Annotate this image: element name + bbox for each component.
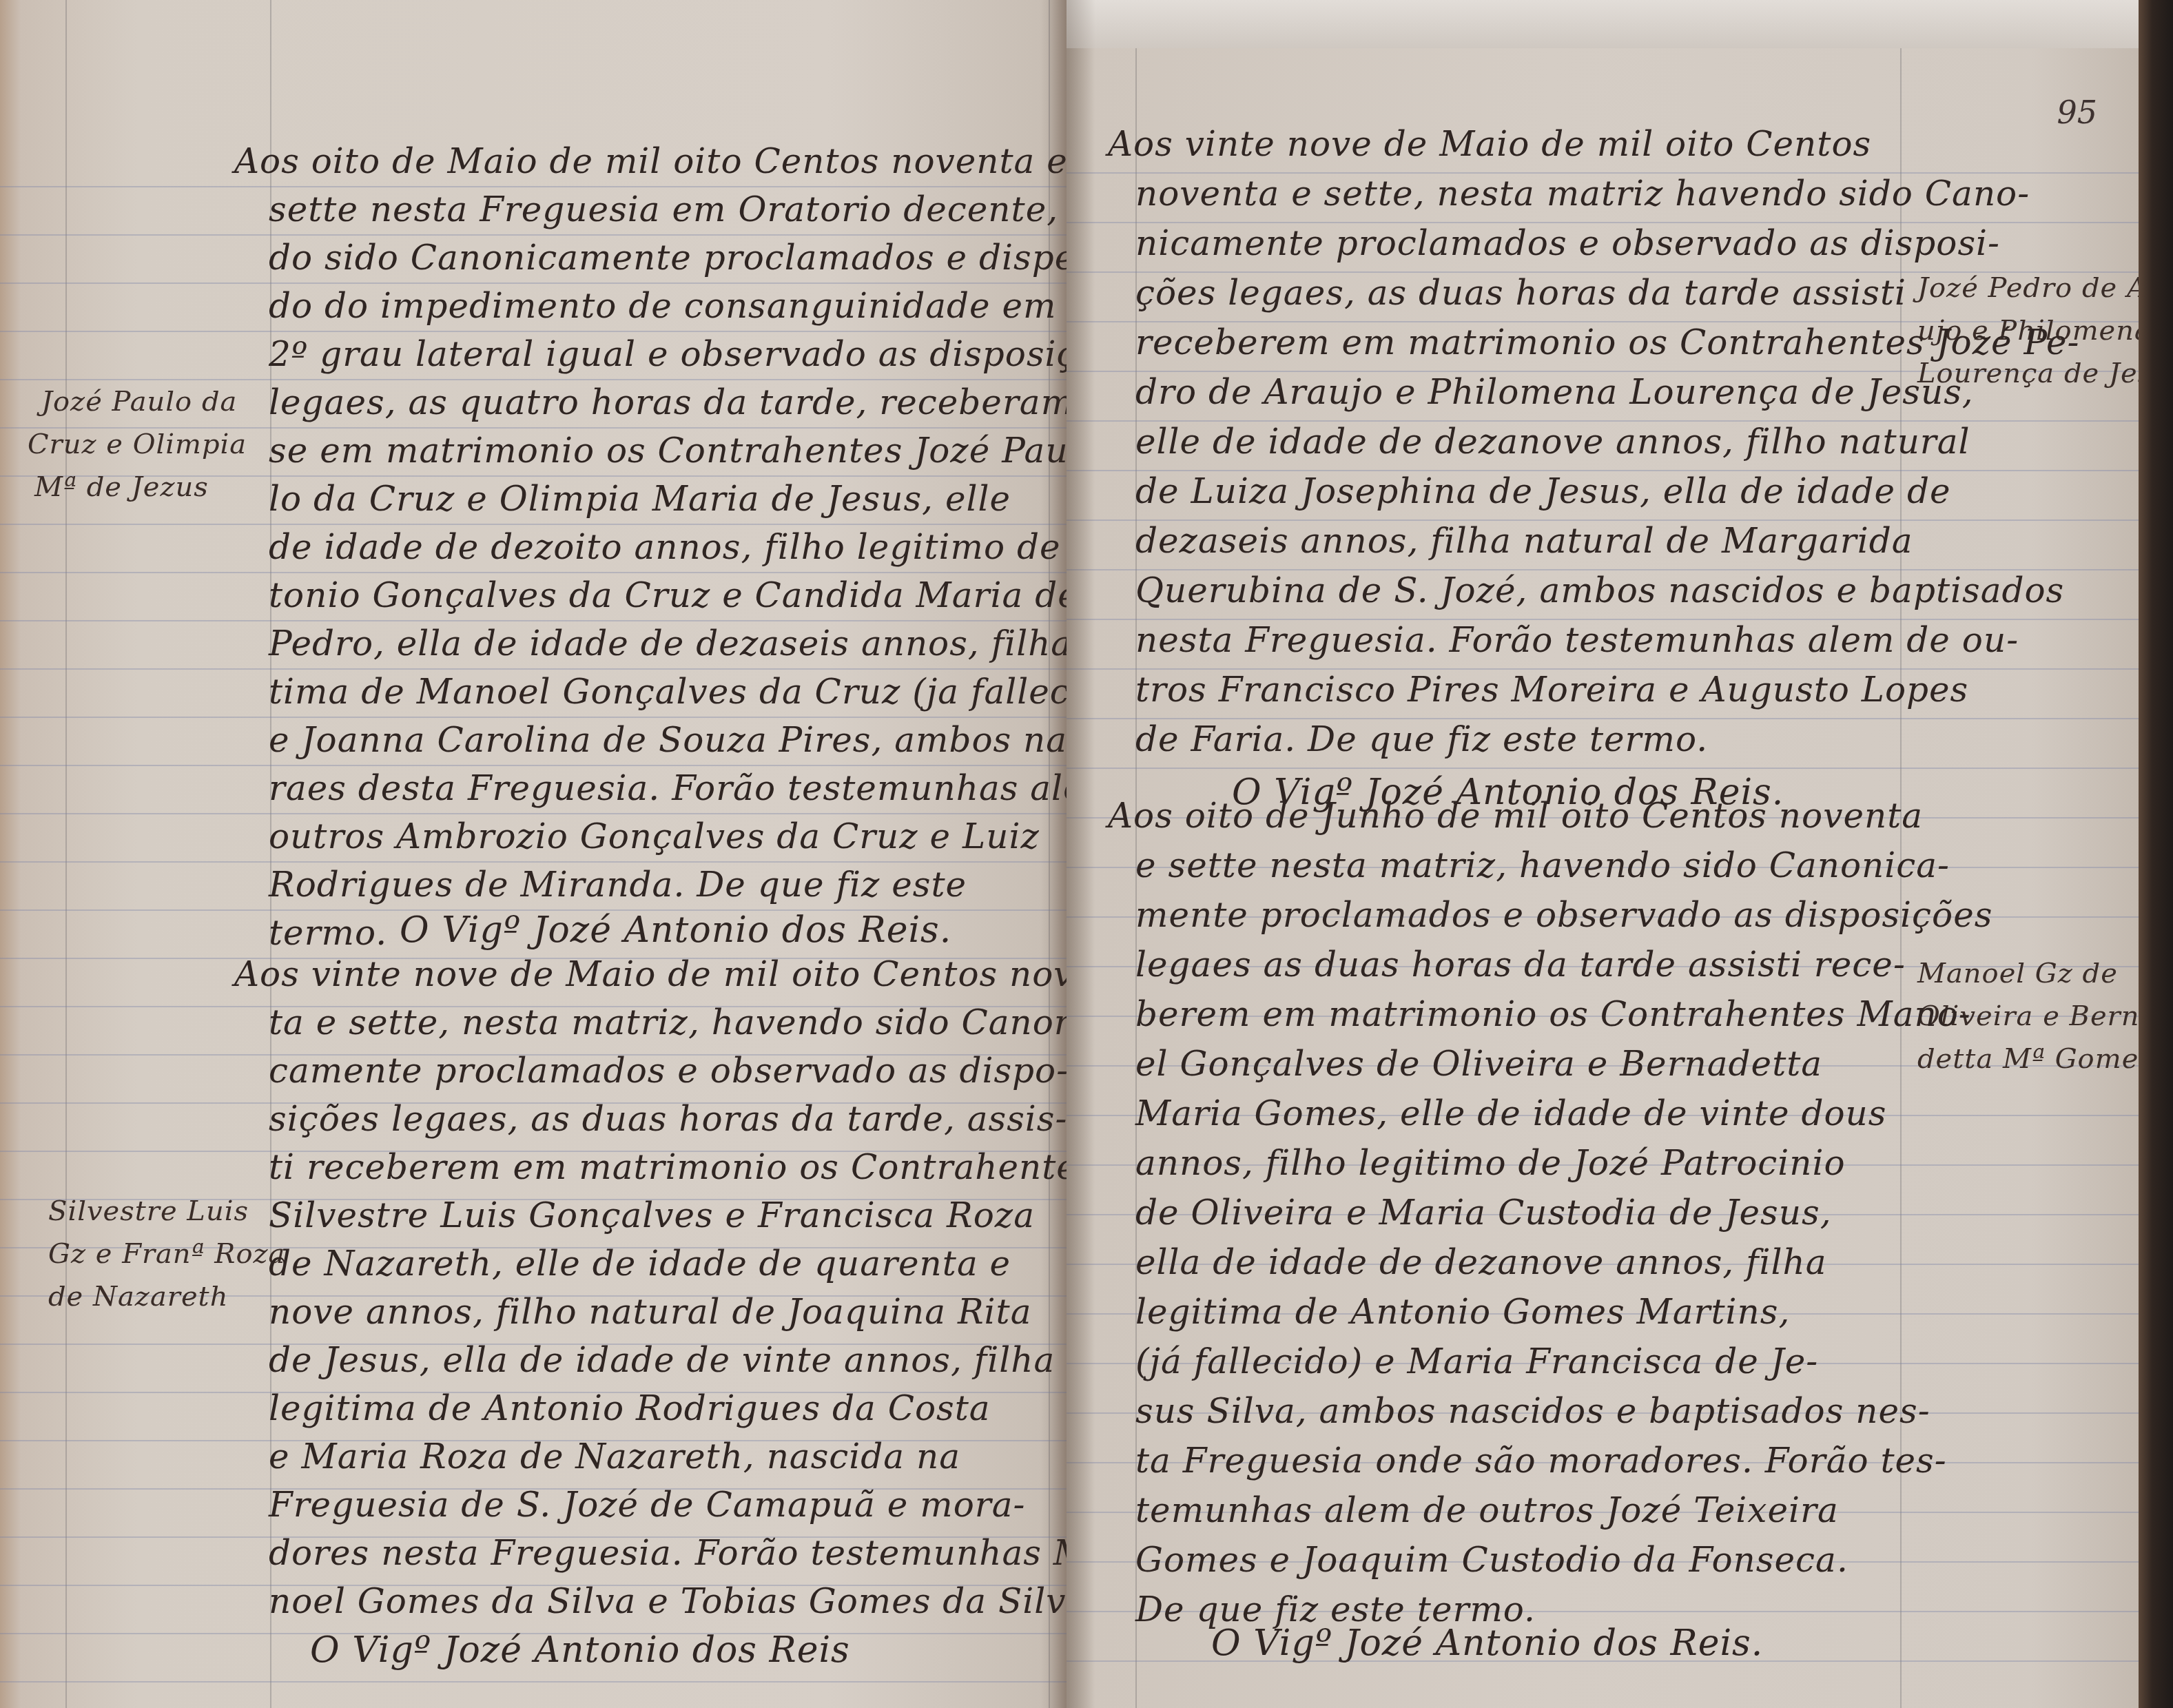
ruled-line: [0, 282, 1067, 284]
entry-line: e Joanna Carolina de Souza Pires, ambos …: [269, 720, 1067, 760]
entry-line: e Maria Roza de Nazareth, nascida na: [269, 1437, 960, 1477]
book-cover-edge: [2139, 0, 2173, 1708]
margin-note-line: de Nazareth: [48, 1281, 228, 1313]
vicar-signature: O Vigº Jozé Antonio dos Reis.: [1211, 1623, 1763, 1664]
entry-line: annos, filho legitimo de Jozé Patrocinio: [1135, 1143, 1846, 1183]
entry-line: tros Francisco Pires Moreira e Augusto L…: [1135, 670, 1968, 710]
entry-line: noventa e sette, nesta matriz havendo si…: [1135, 174, 2030, 214]
right-page: 95 Jozé Pedro de Ara- ujo e Philomena Lo…: [1067, 48, 2141, 1708]
entry-line: e sette nesta matriz, havendo sido Canon…: [1135, 845, 1950, 885]
ruled-line: [0, 234, 1067, 236]
entry-line: legaes, as quatro horas da tarde, recebe…: [269, 382, 1067, 422]
ruled-line: [0, 524, 1067, 525]
entry-line: lo da Cruz e Olimpia Maria de Jesus, ell…: [269, 479, 1011, 519]
entry-line: dro de Araujo e Philomena Lourença de Je…: [1135, 372, 1974, 412]
entry-line: Rodrigues de Miranda. De que fiz este: [269, 865, 967, 905]
entry-line: nesta Freguesia. Forão testemunhas alem …: [1135, 620, 2019, 660]
entry-line: termo.: [269, 913, 387, 953]
page-top-edge: [1067, 0, 2139, 48]
ruled-line: [0, 765, 1067, 766]
entry-line: de Faria. De que fiz este termo.: [1135, 719, 1708, 759]
entry-line: mente proclamados e observado as disposi…: [1135, 895, 1992, 935]
ruled-line: [0, 620, 1067, 621]
margin-note-line: detta Mª Gomes: [1917, 1043, 2141, 1075]
margin-note-line: Jozé Paulo da: [41, 386, 237, 418]
entry-line: ella de idade de dezanove annos, filha: [1135, 1242, 1827, 1282]
entry-line: Silvestre Luis Gonçalves e Francisca Roz…: [269, 1195, 1035, 1235]
entry-line: tonio Gonçalves da Cruz e Candida Maria …: [269, 575, 1067, 615]
ruled-line: [0, 186, 1067, 187]
entry-line: Maria Gomes, elle de idade de vinte dous: [1135, 1093, 1886, 1133]
entry-line: do sido Canonicamente proclamados e disp…: [269, 238, 1067, 278]
entry-line: de Jesus, ella de idade de vinte annos, …: [269, 1340, 1055, 1380]
entry-line: dezaseis annos, filha natural de Margari…: [1135, 521, 1913, 561]
entry-line: ções legaes, as duas horas da tarde assi…: [1135, 273, 1906, 313]
margin-note-line: Silvestre Luis: [48, 1195, 249, 1227]
entry-line: nove annos, filho natural de Joaquina Ri…: [269, 1292, 1031, 1332]
ruled-line: [0, 1681, 1067, 1683]
entry-line: receberem em matrimonio os Contrahentes …: [1135, 322, 2079, 362]
margin-note-line: Cruz e Olimpia: [28, 429, 247, 460]
margin-note-line: Mª de Jezus: [34, 471, 209, 503]
entry-line: sus Silva, ambos nascidos e baptisados n…: [1135, 1391, 1930, 1431]
ruled-line: [0, 813, 1067, 814]
ruled-line: [0, 331, 1067, 332]
entry-line: (já fallecido) e Maria Francisca de Je-: [1135, 1341, 1818, 1381]
entry-line: berem em matrimonio os Contrahentes Mano…: [1135, 994, 1971, 1034]
entry-line: Aos oito de Maio de mil oito Centos nove…: [234, 141, 1067, 181]
entry-line: legitima de Antonio Gomes Martins,: [1135, 1292, 1790, 1332]
entry-line: tima de Manoel Gonçalves da Cruz (ja fal…: [269, 672, 1067, 712]
entry-line: sições legaes, as duas horas da tarde, a…: [269, 1099, 1067, 1139]
ruled-line: [0, 717, 1067, 718]
entry-line: do do impedimento de consanguinidade em: [269, 286, 1056, 326]
entry-line: ta Freguesia onde são moradores. Forão t…: [1135, 1441, 1947, 1481]
entry-line: camente proclamados e observado as dispo…: [269, 1051, 1067, 1091]
entry-line: ta e sette, nesta matriz, havendo sido C…: [269, 1002, 1067, 1042]
entry-line: temunhas alem de outros Jozé Teixeira: [1135, 1490, 1839, 1530]
margin-note-line: Jozé Pedro de Ara-: [1917, 272, 2141, 304]
ruled-line: [1067, 768, 2141, 769]
ruled-line: [0, 668, 1067, 670]
margin-note-line: Gz e Franª Roza: [48, 1238, 285, 1270]
entry-line: el Gonçalves de Oliveira e Bernadetta: [1135, 1044, 1822, 1084]
entry-line: Aos vinte nove de Maio de mil oito Cento…: [234, 954, 1067, 994]
ruled-line: [0, 861, 1067, 863]
entry-line: elle de idade de dezanove annos, filho n…: [1135, 422, 1970, 462]
entry-line: Aos oito de Junho de mil oito Centos nov…: [1108, 796, 1923, 836]
open-ledger: Jozé Paulo da Cruz e Olimpia Mª de Jezus…: [0, 0, 2173, 1708]
entry-line: Gomes e Joaquim Custodio da Fonseca.: [1135, 1540, 1848, 1580]
entry-line: se em matrimonio os Contrahentes Jozé Pa…: [269, 431, 1067, 471]
entry-line: de Oliveira e Maria Custodia de Jesus,: [1135, 1193, 1832, 1233]
entry-line: Querubina de S. Jozé, ambos nascidos e b…: [1135, 570, 2064, 610]
vicar-signature: O Vigº Jozé Antonio dos Reis.: [400, 909, 951, 951]
ruled-line: [0, 572, 1067, 573]
entry-line: noel Gomes da Silva e Tobias Gomes da Si…: [269, 1581, 1067, 1621]
entry-line: outros Ambrozio Gonçalves da Cruz e Luiz: [269, 816, 1040, 856]
entry-line: sette nesta Freguesia em Oratorio decent…: [269, 189, 1067, 229]
left-page: Jozé Paulo da Cruz e Olimpia Mª de Jezus…: [0, 0, 1067, 1708]
entry-line: ti receberem em matrimonio os Contrahent…: [269, 1147, 1067, 1187]
entry-line: Aos vinte nove de Maio de mil oito Cento…: [1108, 124, 1871, 164]
entry-line: Pedro, ella de idade de dezaseis annos, …: [269, 624, 1067, 663]
ruled-line: [0, 379, 1067, 380]
page-number: 95: [2057, 94, 2097, 131]
entry-line: dores nesta Freguesia. Forão testemunhas…: [269, 1533, 1067, 1573]
margin-note-line: Manoel Gz de: [1917, 958, 2118, 989]
entry-line: 2º grau lateral igual e observado as dis…: [269, 334, 1067, 374]
vicar-signature: O Vigº Jozé Antonio dos Reis: [310, 1629, 850, 1671]
entry-line: legaes as duas horas da tarde assisti re…: [1135, 945, 1906, 985]
entry-line: de Nazareth, elle de idade de quarenta e: [269, 1244, 1011, 1284]
entry-line: de Luiza Josephina de Jesus, ella de ida…: [1135, 471, 1951, 511]
margin-rule: [65, 0, 67, 1708]
entry-line: raes desta Freguesia. Forão testemunhas …: [269, 768, 1067, 808]
entry-line: legitima de Antonio Rodrigues da Costa: [269, 1388, 991, 1428]
entry-line: de idade de dezoito annos, filho legitim…: [269, 527, 1067, 567]
entry-line: Freguesia de S. Jozé de Camapuã e mora-: [269, 1485, 1025, 1525]
entry-line: nicamente proclamados e observado as dis…: [1135, 223, 2000, 263]
